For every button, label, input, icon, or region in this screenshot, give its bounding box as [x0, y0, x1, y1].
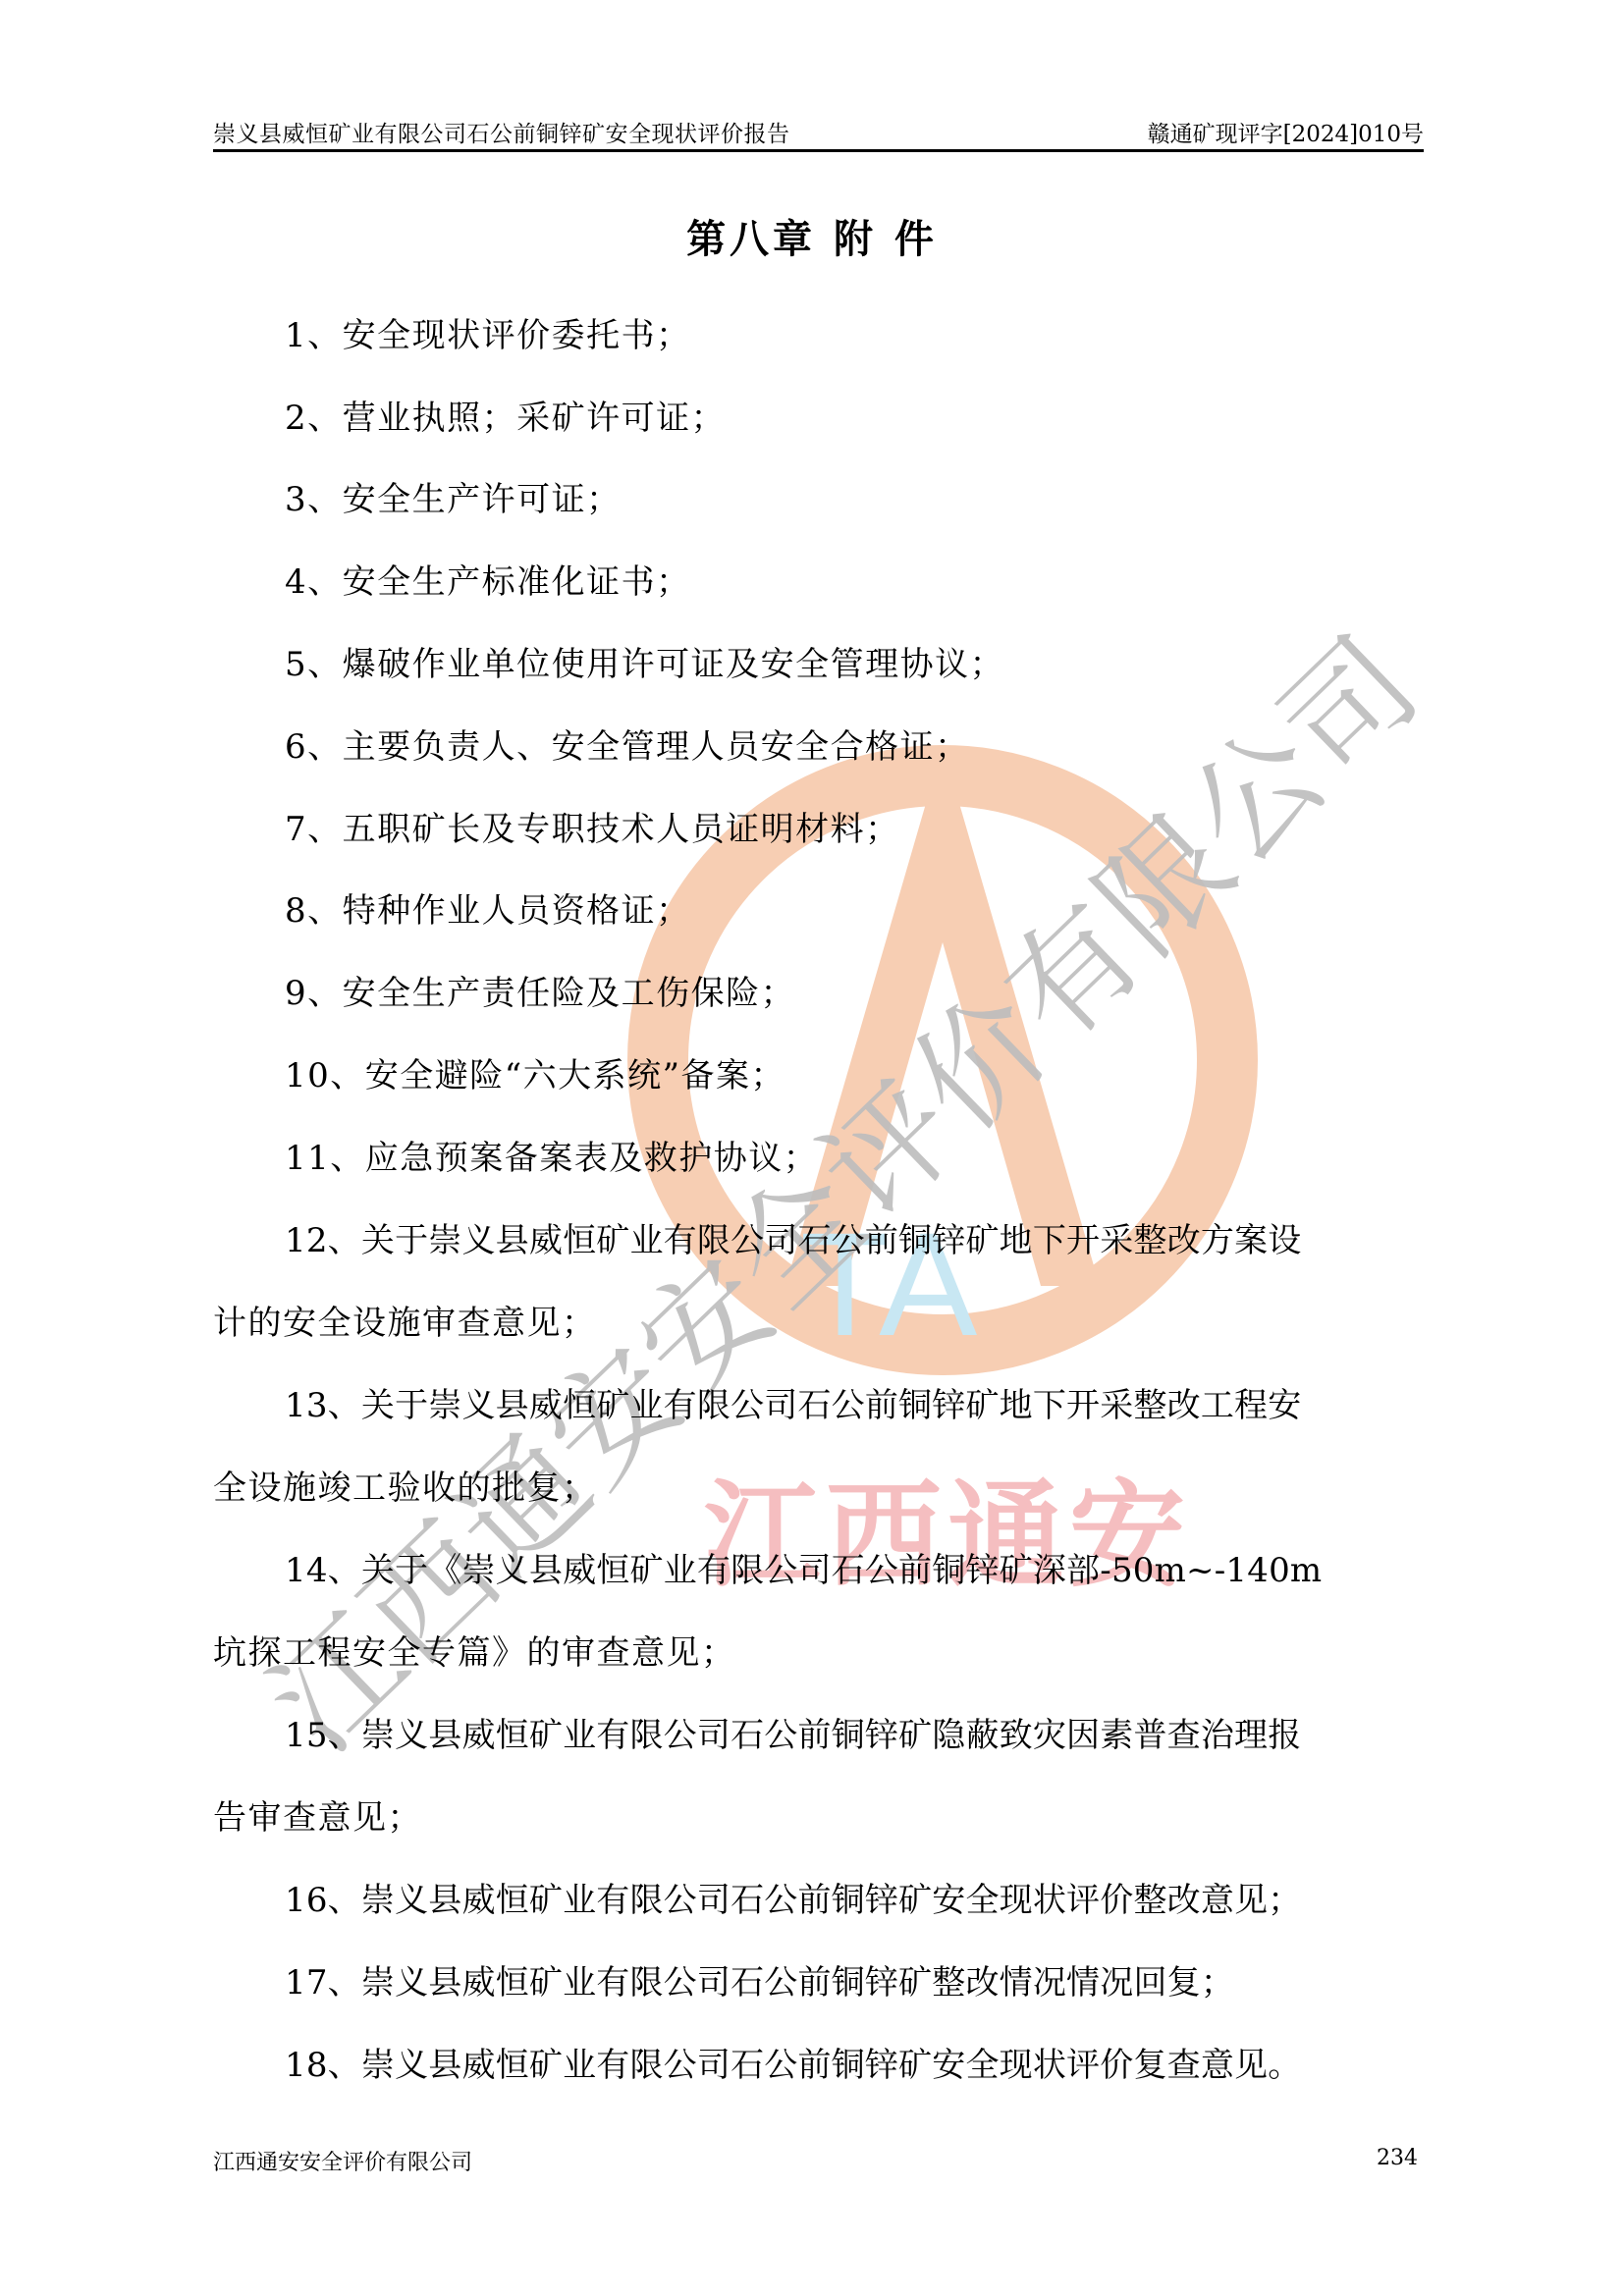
list-item-continuation: 告审查意见； — [213, 1798, 422, 1838]
list-item: 9、安全生产责任险及工伤保险； — [285, 974, 795, 1013]
list-item: 4、安全生产标准化证书； — [285, 562, 691, 602]
footer-company: 江西通安安全评价有限公司 — [213, 2146, 472, 2176]
list-item: 16、崇义县威恒矿业有限公司石公前铜锌矿安全现状评价整改意见； — [285, 1881, 1301, 1920]
list-item-continuation: 坑探工程安全专篇》的审查意见； — [213, 1633, 736, 1673]
list-item: 10、安全避险“六大系统”备案； — [285, 1056, 785, 1095]
list-item: 5、爆破作业单位使用许可证及安全管理协议； — [285, 645, 1004, 684]
list-item: 12、关于崇义县威恒矿业有限公司石公前铜锌矿地下开采整改方案设 — [285, 1221, 1301, 1260]
list-item: 2、营业执照；采矿许可证； — [285, 399, 726, 438]
list-item: 7、五职矿长及专职技术人员证明材料； — [285, 810, 900, 849]
list-item: 13、关于崇义县威恒矿业有限公司石公前铜锌矿地下开采整改工程安 — [285, 1386, 1301, 1425]
page-content: 第八章 附 件 1、安全现状评价委托书； 2、营业执照；采矿许可证； 3、安全生… — [0, 0, 1624, 2296]
list-item: 11、应急预案备案表及救护协议； — [285, 1139, 818, 1178]
list-item: 8、特种作业人员资格证； — [285, 891, 691, 931]
list-item: 18、崇义县威恒矿业有限公司石公前铜锌矿安全现状评价复查意见。 — [285, 2046, 1301, 2085]
list-item: 3、安全生产许可证； — [285, 480, 622, 519]
page-number: 234 — [1377, 2146, 1418, 2170]
list-item-continuation: 全设施竣工验收的批复； — [213, 1468, 597, 1508]
list-item: 1、安全现状评价委托书； — [285, 316, 691, 355]
list-item: 6、主要负责人、安全管理人员安全合格证； — [285, 727, 970, 767]
chapter-title: 第八章 附 件 — [0, 208, 1624, 264]
list-item: 14、关于《崇义县威恒矿业有限公司石公前铜锌矿深部-50m~-140m — [285, 1551, 1322, 1590]
list-item: 17、崇义县威恒矿业有限公司石公前铜锌矿整改情况情况回复； — [285, 1963, 1234, 2002]
list-item: 15、崇义县威恒矿业有限公司石公前铜锌矿隐蔽致灾因素普查治理报 — [285, 1716, 1301, 1755]
list-item-continuation: 计的安全设施审查意见； — [213, 1304, 597, 1343]
